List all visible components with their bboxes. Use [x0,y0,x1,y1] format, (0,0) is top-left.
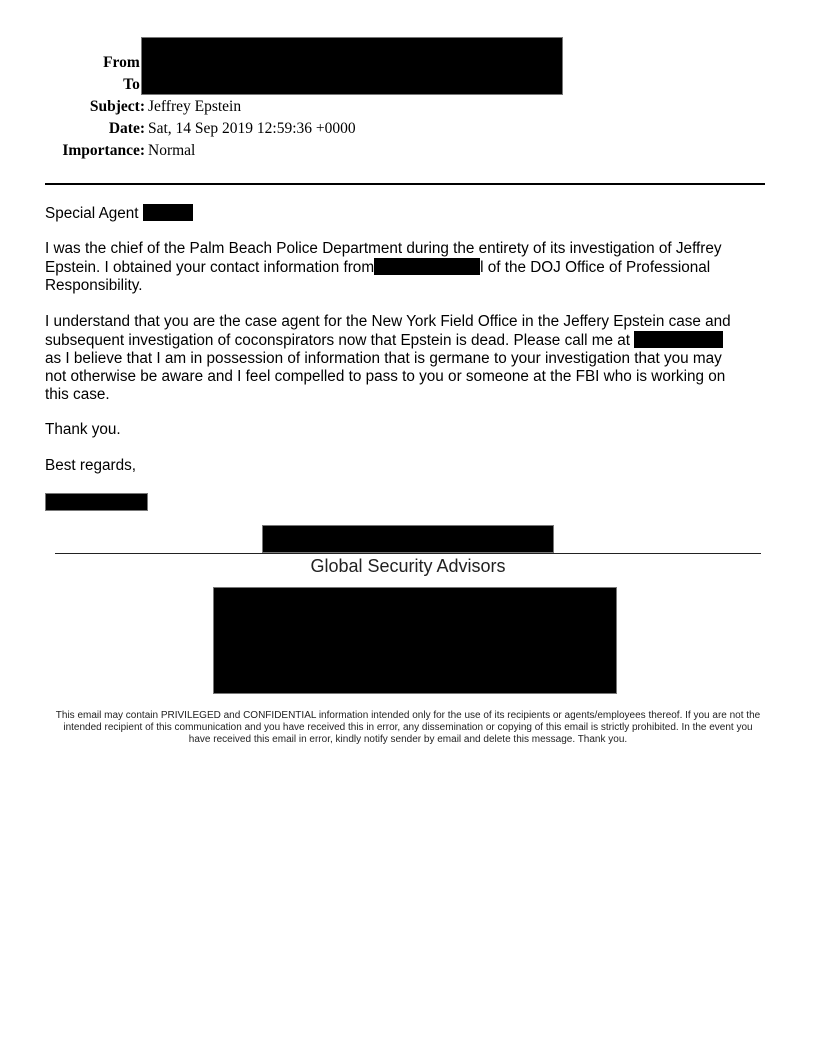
p2-line4: not otherwise be aware and I feel compel… [45,368,770,386]
redaction-sender-name [45,493,148,511]
signature-divider [55,553,761,554]
importance-value: Normal [148,141,195,161]
header-divider [45,183,765,185]
redaction-agent-name [143,204,193,221]
p1-line3: Responsibility. [45,277,770,295]
p1-line2-a: Epstein. I obtained your contact informa… [45,259,374,276]
p2-line2-text: subsequent investigation of coconspirato… [45,332,630,349]
subject-value: Jeffrey Epstein [148,97,241,117]
p2-line5: this case. [45,386,770,404]
salutation-line: Special Agent [45,204,770,223]
date-label: Date: [0,119,145,139]
redaction-sender-title [262,525,554,553]
p2-line1: I understand that you are the case agent… [45,313,770,331]
paragraph-2: I understand that you are the case agent… [45,313,770,404]
company-name: Global Security Advisors [0,555,816,577]
p1-line1: I was the chief of the Palm Beach Police… [45,240,770,258]
to-label: To: [0,75,145,95]
salutation: Special Agent [45,205,139,222]
p1-line2-b: l of the DOJ Office of Professional [480,259,710,276]
redaction-from-to [141,37,563,95]
p2-line2: subsequent investigation of coconspirato… [45,331,770,350]
p1-line2: Epstein. I obtained your contact informa… [45,258,770,277]
confidentiality-disclaimer: This email may contain PRIVILEGED and CO… [52,710,764,746]
subject-label: Subject: [0,97,145,117]
thanks-line: Thank you. [45,421,770,439]
paragraph-1: I was the chief of the Palm Beach Police… [45,240,770,295]
redaction-phone [634,331,723,348]
importance-label: Importance: [0,141,145,161]
from-label: From: [0,53,145,73]
closing-line: Best regards, [45,457,770,475]
redaction-doj-contact [374,258,480,275]
date-value: Sat, 14 Sep 2019 12:59:36 +0000 [148,119,356,139]
p2-line3: as I believe that I am in possession of … [45,350,770,368]
redaction-address-block [213,587,617,694]
